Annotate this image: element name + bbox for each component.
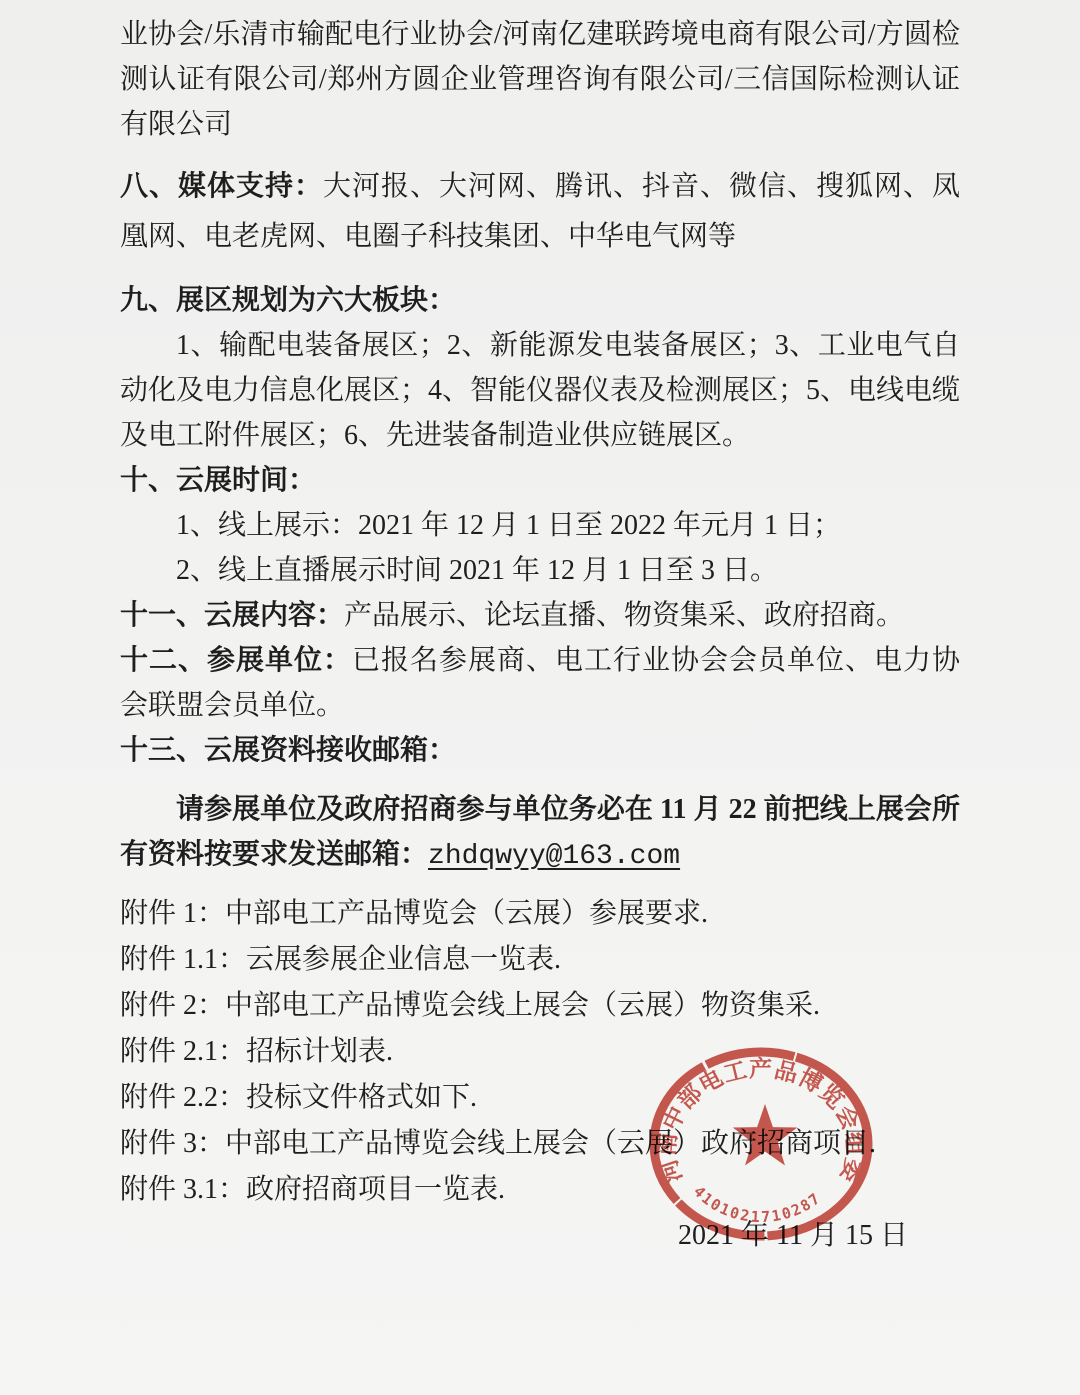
para-attachment-3: 附件 3：中部电工产品博览会线上展会（云展）政府招商项目.	[120, 1121, 960, 1167]
heading-cloud-expo-time: 十、云展时间：	[120, 458, 960, 503]
text-run: 2、线上直播展示时间 2021 年 12 月 1 日至 3 日。	[176, 555, 778, 586]
text-run: 十三、云展资料接收邮箱：	[120, 735, 456, 766]
text-run: 业协会/乐清市输配电行业协会/河南亿建联跨境电商有限公司/方圆检测认证有限公司/…	[120, 19, 960, 140]
text-run: 十、云展时间：	[120, 465, 316, 496]
text-run: 九、展区规划为六大板块：	[120, 285, 456, 316]
text-run: 附件 2.2：投标文件格式如下.	[120, 1082, 477, 1113]
para-attachment-3-1: 附件 3.1：政府招商项目一览表.	[120, 1167, 960, 1213]
para-attachment-2: 附件 2：中部电工产品博览会线上展会（云展）物资集采.	[120, 983, 960, 1029]
text-run: 附件 1：中部电工产品博览会（云展）参展要求.	[120, 898, 708, 929]
para-online-display-time: 1、线上展示：2021 年 12 月 1 日至 2022 年元月 1 日；	[120, 503, 960, 548]
text-run: 1、线上展示：2021 年 12 月 1 日至 2022 年元月 1 日；	[176, 510, 841, 541]
para-supporting-orgs-continued: 业协会/乐清市输配电行业协会/河南亿建联跨境电商有限公司/方圆检测认证有限公司/…	[120, 12, 960, 147]
document-page: 业协会/乐清市输配电行业协会/河南亿建联跨境电商有限公司/方圆检测认证有限公司/…	[0, 0, 1080, 1258]
para-attachment-1-1: 附件 1.1：云展参展企业信息一览表.	[120, 937, 960, 983]
text-run: 附件 2：中部电工产品博览会线上展会（云展）物资集采.	[120, 990, 820, 1021]
text-run: 附件 3：中部电工产品博览会线上展会（云展）政府招商项目.	[120, 1128, 876, 1159]
document-body: 业协会/乐清市输配电行业协会/河南亿建联跨境电商有限公司/方圆检测认证有限公司/…	[120, 12, 960, 1258]
para-submission-request: 请参展单位及政府招商参与单位务必在 11 月 22 前把线上展会所有资料按要求发…	[120, 787, 960, 879]
para-attachment-2-2: 附件 2.2：投标文件格式如下.	[120, 1075, 960, 1121]
text-run: 附件 3.1：政府招商项目一览表.	[120, 1174, 505, 1205]
issue-date: 2021 年 11 月 15 日	[678, 1220, 908, 1251]
text-run: 附件 2.1：招标计划表.	[120, 1036, 393, 1067]
text-run: 1、输配电装备展区；2、新能源发电装备展区；3、工业电气自动化及电力信息化展区；…	[120, 330, 960, 451]
heading-exhibitor-units: 十二、参展单位：	[120, 645, 352, 676]
para-exhibitor-units: 十二、参展单位：已报名参展商、电工行业协会会员单位、电力协会联盟会员单位。	[120, 638, 960, 728]
email-link[interactable]: zhdqwyy@163.com	[428, 841, 680, 872]
heading-exhibition-zones: 九、展区规划为六大板块：	[120, 278, 960, 323]
para-attachment-1: 附件 1：中部电工产品博览会（云展）参展要求.	[120, 891, 960, 937]
para-cloud-expo-content: 十一、云展内容：产品展示、论坛直播、物资集采、政府招商。	[120, 593, 960, 638]
heading-cloud-expo-content: 十一、云展内容：	[120, 600, 344, 631]
para-attachment-2-1: 附件 2.1：招标计划表.	[120, 1029, 960, 1075]
text-run: 产品展示、论坛直播、物资集采、政府招商。	[344, 600, 904, 631]
para-live-stream-time: 2、线上直播展示时间 2021 年 12 月 1 日至 3 日。	[120, 548, 960, 593]
text-run: 附件 1.1：云展参展企业信息一览表.	[120, 944, 561, 975]
para-media-support: 八、媒体支持：大河报、大河网、腾讯、抖音、微信、搜狐网、凤凰网、电老虎网、电圈子…	[120, 162, 960, 262]
heading-media-support: 八、媒体支持：	[120, 171, 323, 202]
para-issue-date: 2021 年 11 月 15 日	[120, 1213, 960, 1258]
para-zone-list: 1、输配电装备展区；2、新能源发电装备展区；3、工业电气自动化及电力信息化展区；…	[120, 323, 960, 458]
heading-material-mailbox: 十三、云展资料接收邮箱：	[120, 728, 960, 773]
